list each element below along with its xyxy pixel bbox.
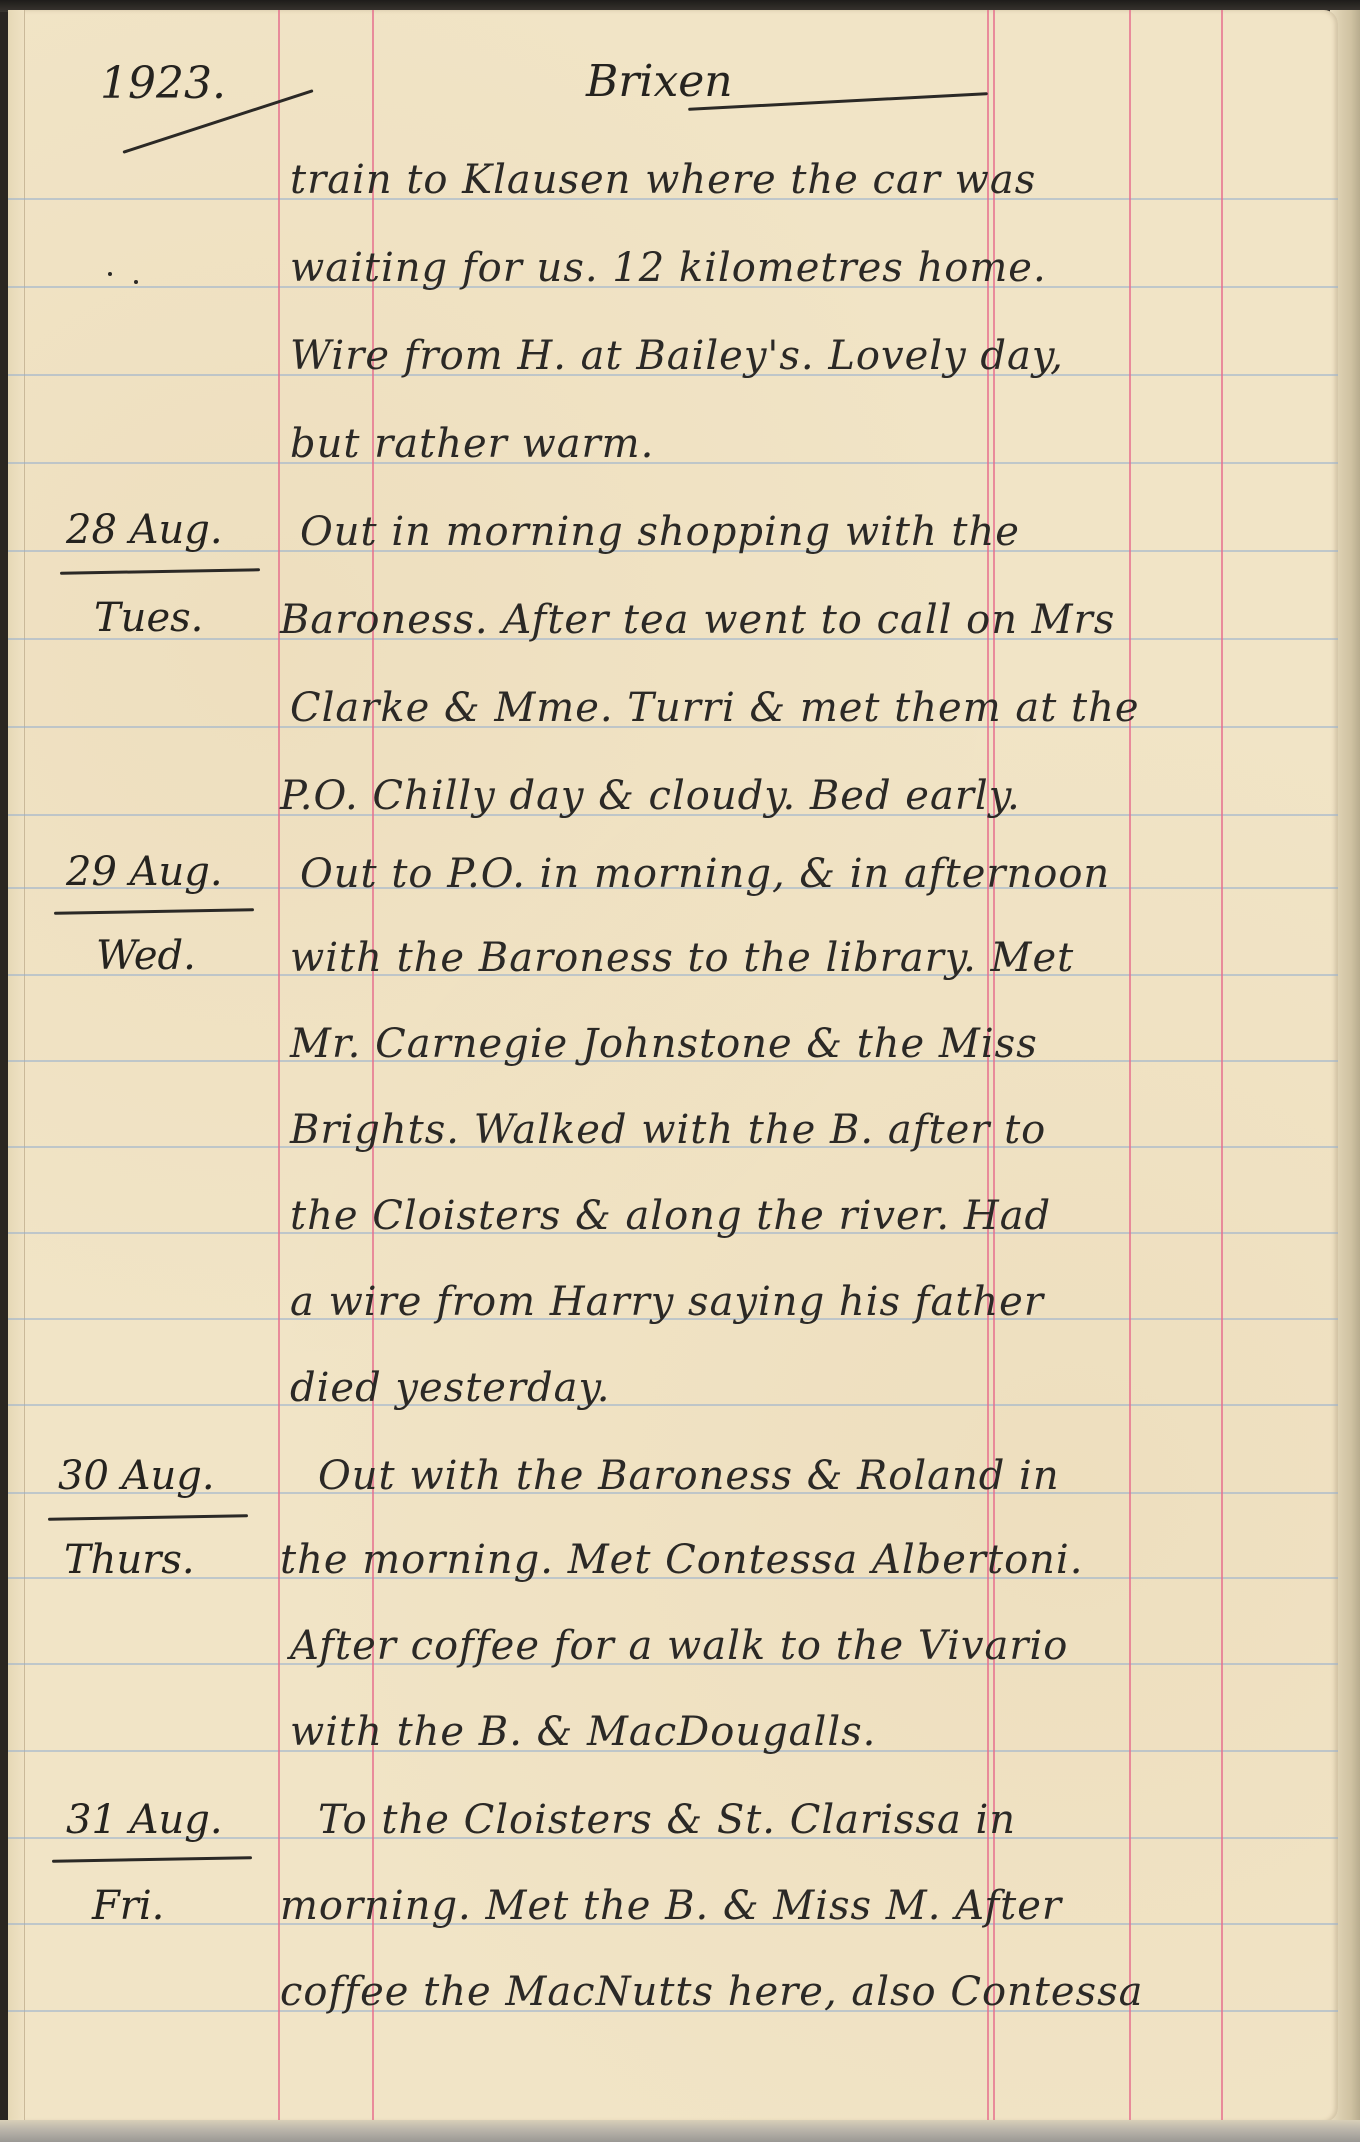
diary-page: 1923. Brixen train to Klausen where the … bbox=[8, 10, 1338, 2122]
margin-rule bbox=[278, 10, 280, 2122]
entry-line: Out to P.O. in morning, & in afternoon bbox=[300, 854, 1110, 894]
entry-weekday: Wed. bbox=[96, 936, 196, 976]
page-fold bbox=[8, 10, 25, 2122]
entry-line: Brights. Walked with the B. after to bbox=[290, 1110, 1046, 1150]
entry-line: P.O. Chilly day & cloudy. Bed early. bbox=[280, 776, 1021, 816]
entry-line: died yesterday. bbox=[290, 1368, 611, 1408]
entry-weekday: Thurs. bbox=[64, 1540, 195, 1580]
entry-line: with the B. & MacDougalls. bbox=[290, 1712, 876, 1752]
entry-line: Mr. Carnegie Johnstone & the Miss bbox=[290, 1024, 1038, 1064]
entry-line: Out in morning shopping with the bbox=[300, 512, 1020, 552]
continuation-line: but rather warm. bbox=[290, 424, 654, 464]
entry-line: the Cloisters & along the river. Had bbox=[290, 1196, 1051, 1236]
ruled-line bbox=[8, 462, 1338, 464]
ruled-line bbox=[8, 1404, 1338, 1406]
column-rule bbox=[1221, 10, 1223, 2122]
ink-blot bbox=[134, 280, 138, 284]
place-heading: Brixen bbox=[586, 60, 733, 104]
continuation-line: train to Klausen where the car was bbox=[290, 160, 1036, 200]
place-underline bbox=[688, 92, 988, 111]
entry-line: the morning. Met Contessa Albertoni. bbox=[280, 1540, 1083, 1580]
entry-date: 30 Aug. bbox=[58, 1456, 215, 1496]
entry-weekday: Tues. bbox=[94, 598, 203, 638]
notebook-bottom-edge bbox=[0, 2120, 1360, 2142]
year-heading: 1923. bbox=[100, 62, 226, 106]
entry-date: 28 Aug. bbox=[66, 510, 223, 550]
entry-line: Clarke & Mme. Turri & met them at the bbox=[290, 688, 1140, 728]
continuation-line: Wire from H. at Bailey's. Lovely day, bbox=[290, 336, 1064, 376]
entry-line: After coffee for a walk to the Vivario bbox=[290, 1626, 1068, 1666]
date-underline bbox=[54, 908, 254, 914]
entry-date: 31 Aug. bbox=[66, 1800, 223, 1840]
entry-line: Baroness. After tea went to call on Mrs bbox=[280, 600, 1115, 640]
entry-line: Out with the Baroness & Roland in bbox=[318, 1456, 1060, 1496]
column-rule bbox=[1129, 10, 1131, 2122]
ink-blot bbox=[108, 272, 112, 276]
entry-line: a wire from Harry saying his father bbox=[290, 1282, 1044, 1322]
entry-line: with the Baroness to the library. Met bbox=[290, 938, 1074, 978]
entry-line: morning. Met the B. & Miss M. After bbox=[280, 1886, 1062, 1926]
date-underline bbox=[52, 1856, 252, 1862]
date-underline bbox=[48, 1514, 248, 1520]
entry-line: To the Cloisters & St. Clarissa in bbox=[318, 1800, 1016, 1840]
date-underline bbox=[60, 568, 260, 574]
entry-weekday: Fri. bbox=[92, 1886, 164, 1926]
entry-line: coffee the MacNutts here, also Contessa bbox=[280, 1972, 1143, 2012]
entry-date: 29 Aug. bbox=[66, 852, 223, 892]
continuation-line: waiting for us. 12 kilometres home. bbox=[290, 248, 1047, 288]
